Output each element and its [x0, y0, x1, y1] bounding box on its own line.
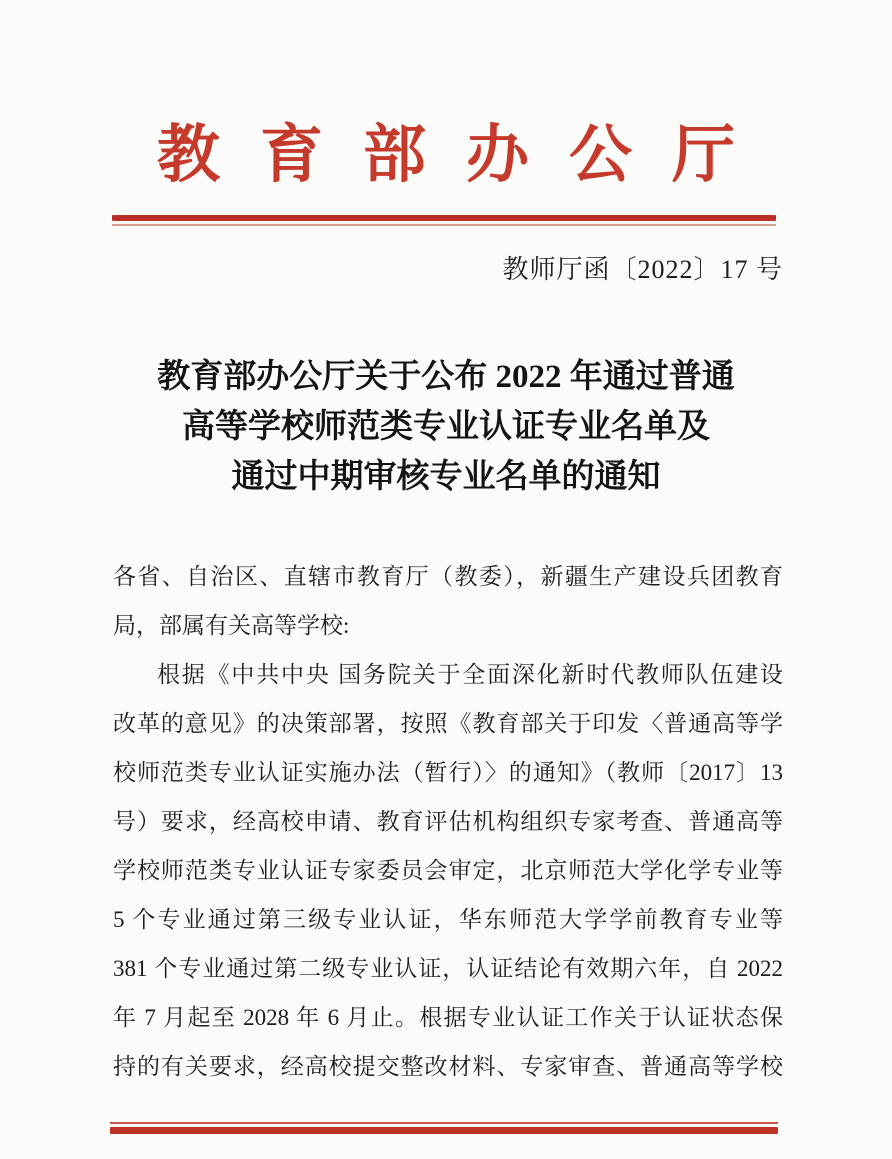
header-rule-thin [112, 224, 776, 226]
body-line: 各省、自治区、直辖市教育厅（教委），新疆生产建设兵团教育 [113, 552, 783, 601]
notice-title-line-1: 教育部办公厅关于公布 2022 年通过普通 [0, 352, 892, 402]
header-double-rule [112, 215, 776, 226]
salutation: 各省、自治区、直辖市教育厅（教委），新疆生产建设兵团教育 局，部属有关高等学校: [113, 552, 783, 650]
body-line: 381 个专业通过第二级专业认证，认证结论有效期六年，自 2022 [113, 944, 783, 993]
body-paragraph: 根据《中共中央 国务院关于全面深化新时代教师队伍建设 改革的意见》的决策部署，按… [113, 650, 783, 1091]
body-line: 根据《中共中央 国务院关于全面深化新时代教师队伍建设 [113, 650, 783, 699]
body-line: 局，部属有关高等学校: [113, 601, 783, 650]
letterhead-title: 教育部办公厅 [0, 119, 892, 191]
body-line: 年 7 月起至 2028 年 6 月止。根据专业认证工作关于认证状态保 [113, 993, 783, 1042]
notice-body: 各省、自治区、直辖市教育厅（教委），新疆生产建设兵团教育 局，部属有关高等学校:… [113, 552, 783, 1091]
body-line: 学校师范类专业认证专家委员会审定，北京师范大学化学专业等 [113, 846, 783, 895]
notice-title-line-2: 高等学校师范类专业认证专业名单及 [0, 402, 892, 452]
header-rule-thick [112, 215, 776, 221]
body-line: 号）要求，经高校申请、教育评估机构组织专家考查、普通高等 [113, 797, 783, 846]
body-line: 5 个专业通过第三级专业认证，华东师范大学学前教育专业等 [113, 895, 783, 944]
body-line: 改革的意见》的决策部署，按照《教育部关于印发〈普通高等学 [113, 699, 783, 748]
footer-rule-thick [110, 1127, 778, 1134]
body-line: 持的有关要求，经高校提交整改材料、专家审查、普通高等学校 [113, 1042, 783, 1091]
body-line: 校师范类专业认证实施办法（暂行）〉的通知》（教师〔2017〕13 [113, 748, 783, 797]
notice-title: 教育部办公厅关于公布 2022 年通过普通 高等学校师范类专业认证专业名单及 通… [0, 352, 892, 502]
footer-double-rule [110, 1122, 778, 1134]
document-reference-number: 教师厅函〔2022〕17 号 [502, 254, 783, 286]
notice-title-line-3: 通过中期审核专业名单的通知 [0, 452, 892, 502]
footer-rule-thin [110, 1122, 778, 1124]
scanned-notice-page: 教育部办公厅 教师厅函〔2022〕17 号 教育部办公厅关于公布 2022 年通… [0, 0, 892, 1159]
